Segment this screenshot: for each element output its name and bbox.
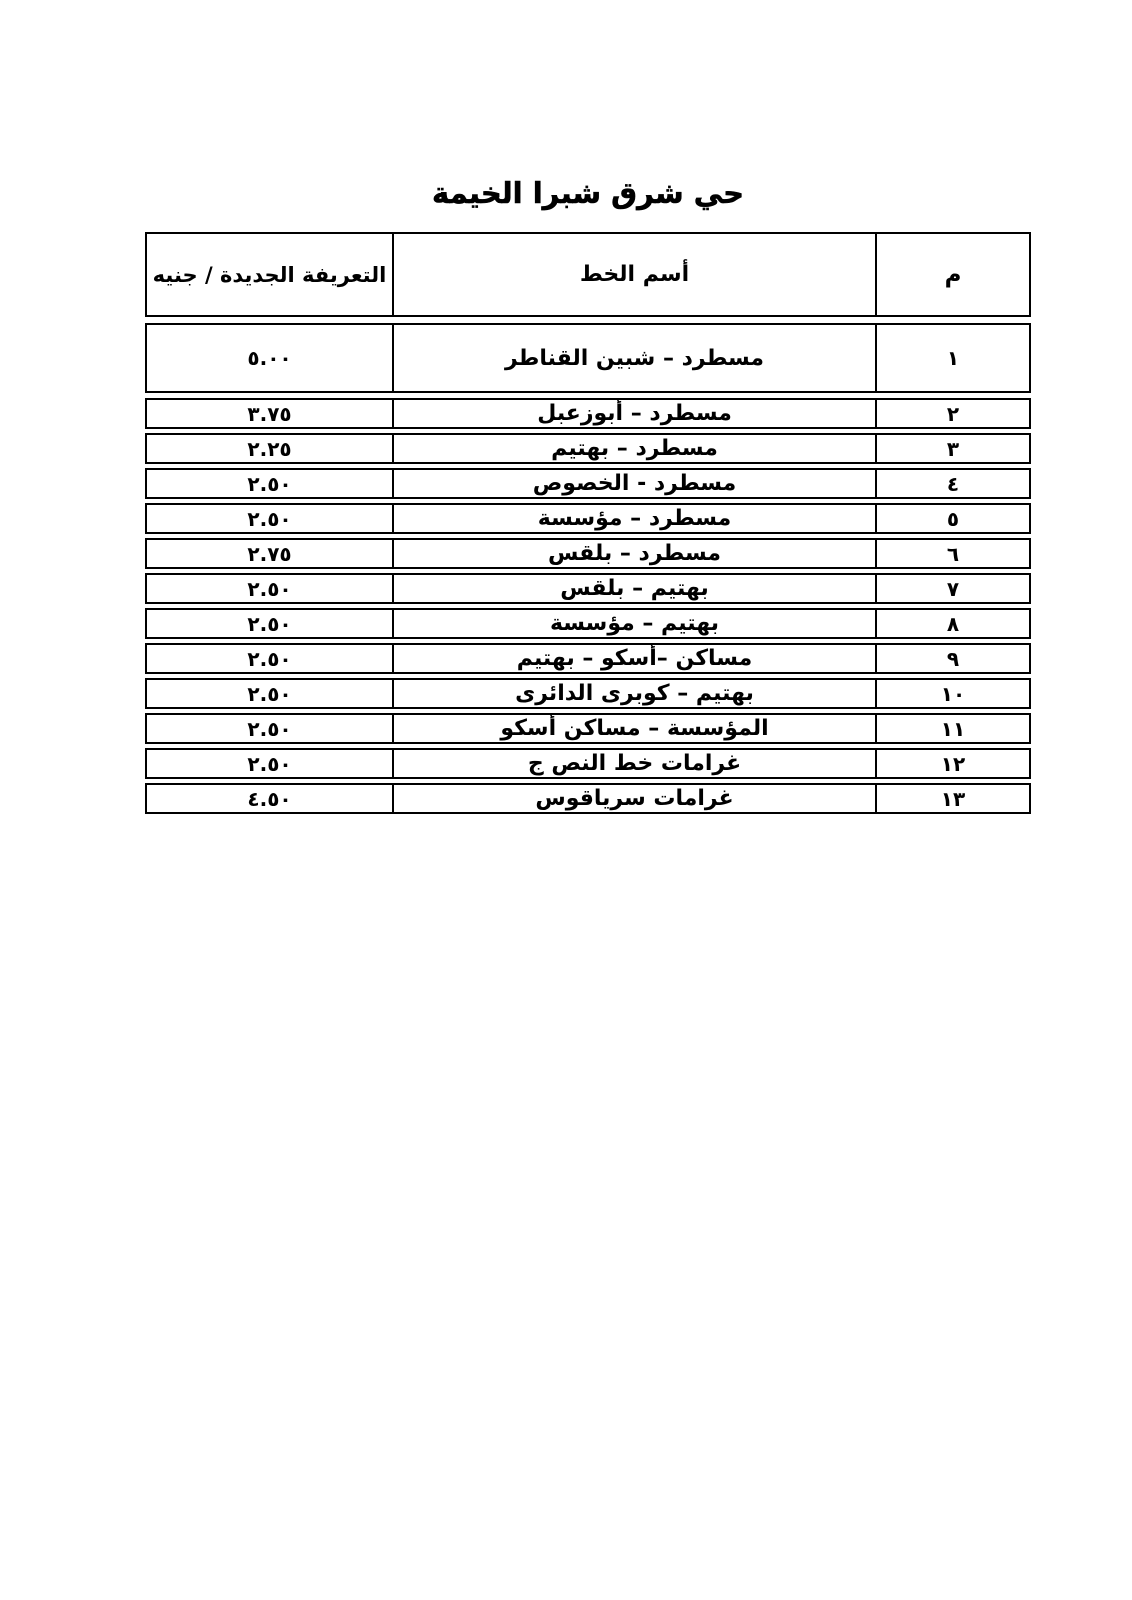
row-tariff-value: ٢.٥٠ xyxy=(147,610,392,637)
table-row: ٣ مسطرد – بهتيم ٢.٢٥ xyxy=(145,433,1031,464)
row-line-name: مسطرد – مؤسسة xyxy=(392,505,877,532)
row-index: ٩ xyxy=(877,645,1029,672)
row-line-name: مسطرد – بهتيم xyxy=(392,435,877,462)
row-line-name: مسطرد – بلقس xyxy=(392,540,877,567)
row-line-name: بهتيم – كوبرى الدائرى xyxy=(392,680,877,707)
row-tariff-value: ٢.٥٠ xyxy=(147,645,392,672)
row-line-name: مساكن –أسكو – بهتيم xyxy=(392,645,877,672)
tariff-table: م أسم الخط التعريفة الجديدة / جنيه ١ مسط… xyxy=(145,232,1031,818)
table-row: ١ مسطرد – شبين القناطر ٥.٠٠ xyxy=(145,323,1031,393)
row-line-name: المؤسسة – مساكن أسكو xyxy=(392,715,877,742)
row-tariff-value: ٢.٧٥ xyxy=(147,540,392,567)
header-line-name: أسم الخط xyxy=(392,234,877,315)
row-index: ١٢ xyxy=(877,750,1029,777)
table-row: ١١ المؤسسة – مساكن أسكو ٢.٥٠ xyxy=(145,713,1031,744)
row-index: ٤ xyxy=(877,470,1029,497)
row-index: ٢ xyxy=(877,400,1029,427)
row-tariff-value: ٢.٥٠ xyxy=(147,470,392,497)
table-body: ١ مسطرد – شبين القناطر ٥.٠٠ ٢ مسطرد – أب… xyxy=(145,323,1031,814)
table-header-row: م أسم الخط التعريفة الجديدة / جنيه xyxy=(145,232,1031,317)
table-row: ١٠ بهتيم – كوبرى الدائرى ٢.٥٠ xyxy=(145,678,1031,709)
row-tariff-value: ٢.٥٠ xyxy=(147,575,392,602)
row-tariff-value: ٢.٥٠ xyxy=(147,715,392,742)
document-page: حي شرق شبرا الخيمة م أسم الخط التعريفة ا… xyxy=(0,0,1132,1600)
row-index: ١٣ xyxy=(877,785,1029,812)
row-line-name: مسطرد – شبين القناطر xyxy=(392,325,877,391)
row-tariff-value: ٢.٥٠ xyxy=(147,505,392,532)
row-tariff-value: ٤.٥٠ xyxy=(147,785,392,812)
row-line-name: بهتيم – بلقس xyxy=(392,575,877,602)
row-tariff-value: ٢.٢٥ xyxy=(147,435,392,462)
row-index: ١ xyxy=(877,325,1029,391)
table-row: ٧ بهتيم – بلقس ٢.٥٠ xyxy=(145,573,1031,604)
row-line-name: مسطرد – أبوزعبل xyxy=(392,400,877,427)
row-line-name: غرامات سرياقوس xyxy=(392,785,877,812)
table-row: ٨ بهتيم – مؤسسة ٢.٥٠ xyxy=(145,608,1031,639)
row-index: ٣ xyxy=(877,435,1029,462)
row-line-name: غرامات خط النص ج xyxy=(392,750,877,777)
row-tariff-value: ٣.٧٥ xyxy=(147,400,392,427)
header-tariff: التعريفة الجديدة / جنيه xyxy=(147,234,392,315)
page-title: حي شرق شبرا الخيمة xyxy=(145,176,1031,210)
table-row: ١٣ غرامات سرياقوس ٤.٥٠ xyxy=(145,783,1031,814)
table-row: ٤ مسطرد - الخصوص ٢.٥٠ xyxy=(145,468,1031,499)
row-index: ٦ xyxy=(877,540,1029,567)
table-row: ١٢ غرامات خط النص ج ٢.٥٠ xyxy=(145,748,1031,779)
table-row: ٥ مسطرد – مؤسسة ٢.٥٠ xyxy=(145,503,1031,534)
row-index: ١١ xyxy=(877,715,1029,742)
table-row: ٢ مسطرد – أبوزعبل ٣.٧٥ xyxy=(145,398,1031,429)
row-line-name: مسطرد - الخصوص xyxy=(392,470,877,497)
row-index: ١٠ xyxy=(877,680,1029,707)
row-index: ٨ xyxy=(877,610,1029,637)
table-row: ٦ مسطرد – بلقس ٢.٧٥ xyxy=(145,538,1031,569)
row-index: ٧ xyxy=(877,575,1029,602)
row-tariff-value: ٥.٠٠ xyxy=(147,325,392,391)
header-index: م xyxy=(877,234,1029,315)
row-line-name: بهتيم – مؤسسة xyxy=(392,610,877,637)
table-row: ٩ مساكن –أسكو – بهتيم ٢.٥٠ xyxy=(145,643,1031,674)
row-index: ٥ xyxy=(877,505,1029,532)
row-tariff-value: ٢.٥٠ xyxy=(147,680,392,707)
row-tariff-value: ٢.٥٠ xyxy=(147,750,392,777)
